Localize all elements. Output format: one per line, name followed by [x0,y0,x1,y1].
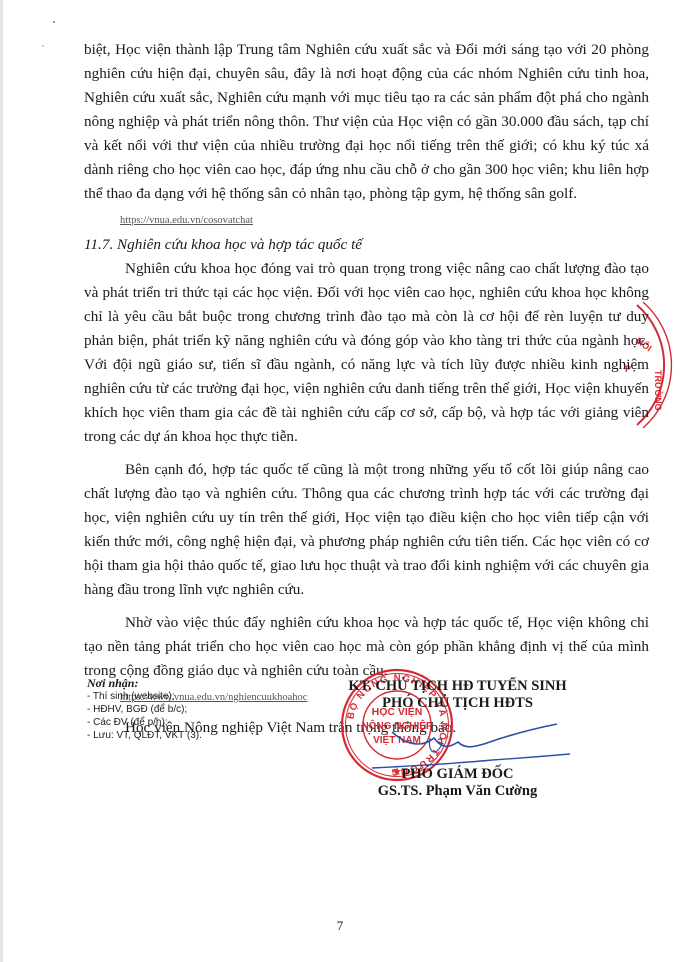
signature-line-1: KT. CHỦ TỊCH HĐ TUYỂN SINH [340,678,575,695]
recipients-title: Nơi nhận: [87,676,202,690]
recipient-item: - Thí sinh (website); [87,690,202,703]
document-body: biệt, Học viện thành lập Trung tâm Nghiê… [84,38,649,740]
section-heading: 11.7. Nghiên cứu khoa học và hợp tác quố… [84,233,649,257]
recipient-item: - HĐHV, BGĐ (để b/c); [87,703,202,716]
signatory-name: GS.TS. Phạm Văn Cường [340,783,575,800]
recipients-block: Nơi nhận: - Thí sinh (website); - HĐHV, … [87,676,202,742]
svg-text:TRƯỜNG: TRƯỜNG [653,370,664,411]
facilities-link[interactable]: https://vnua.edu.vn/cosovatchat [120,213,649,229]
page-number: 7 [0,918,680,934]
body-paragraph: Nghiên cứu khoa học đóng vai trò quan tr… [84,257,649,449]
scan-speck [42,45,44,47]
body-paragraph: Bên cạnh đó, hợp tác quốc tế cũng là một… [84,458,649,602]
handwritten-signature [372,720,572,780]
scan-speck [53,21,55,23]
recipient-item: - Lưu: VT, QLĐT, VKT (3). [87,729,202,742]
scan-left-edge [0,0,3,962]
continuation-paragraph: biệt, Học viện thành lập Trung tâm Nghiê… [84,38,649,206]
signature-line-2: PHÓ CHỦ TỊCH HĐTS [340,695,575,712]
recipient-item: - Các ĐV (để p/h); [87,716,202,729]
